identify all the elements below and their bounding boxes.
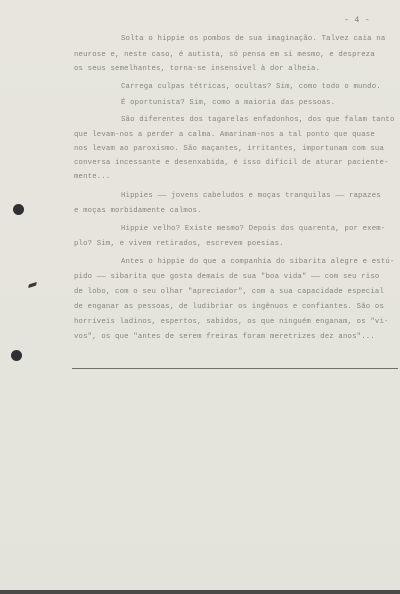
text-line: É oportunista? Sim, como a maioria das p… bbox=[121, 98, 335, 108]
text-line: pido —— sibarita que gosta demais de sua… bbox=[74, 272, 379, 282]
page-bottom-edge bbox=[0, 590, 400, 594]
text-line: neurose e, neste caso, é autista, só pen… bbox=[74, 50, 375, 60]
text-line: Hippie velho? Existe mesmo? Depois dos q… bbox=[121, 224, 385, 234]
document-page: - 4 - Solta o hippie os pombos de sua im… bbox=[0, 0, 400, 590]
text-line: que levam-nos a perder a calma. Amarinam… bbox=[74, 130, 375, 140]
text-line: Carrega culpas tétricas, ocultas? Sim, c… bbox=[121, 82, 381, 92]
ink-mark bbox=[28, 282, 37, 288]
text-line: os seus semelhantes, torna-se insensível… bbox=[74, 64, 320, 74]
text-line: mente... bbox=[74, 172, 110, 182]
horizontal-rule bbox=[72, 368, 398, 369]
text-line: e moças morbidamente calmos. bbox=[74, 206, 202, 216]
punch-hole-bottom bbox=[11, 350, 22, 361]
text-line: plo? Sim, e vivem retirados, escrevem po… bbox=[74, 239, 284, 249]
text-line: conversa incessante e desenxabida, é iss… bbox=[74, 158, 389, 168]
text-line: Hippies —— jovens cabeludos e moças tran… bbox=[121, 191, 381, 201]
text-line: vos", os que "antes de serem freiras for… bbox=[74, 332, 375, 342]
text-line: horríveis ladinos, espertos, sabidos, os… bbox=[74, 317, 389, 327]
text-line: São diferentes dos tagarelas enfadonhos,… bbox=[121, 115, 395, 125]
text-line: Solta o hippie os pombos de sua imaginaç… bbox=[121, 34, 385, 44]
punch-hole-top bbox=[13, 204, 24, 215]
text-line: de enganar as pessoas, de ludibriar os i… bbox=[74, 302, 384, 312]
text-line: nos levam ao paroxismo. São maçantes, ir… bbox=[74, 144, 384, 154]
page-number: - 4 - bbox=[344, 16, 370, 25]
text-line: de lobo, com o seu olhar "apreciador", c… bbox=[74, 287, 384, 297]
text-line: Antes o hippie do que a companhia do sib… bbox=[121, 257, 395, 267]
